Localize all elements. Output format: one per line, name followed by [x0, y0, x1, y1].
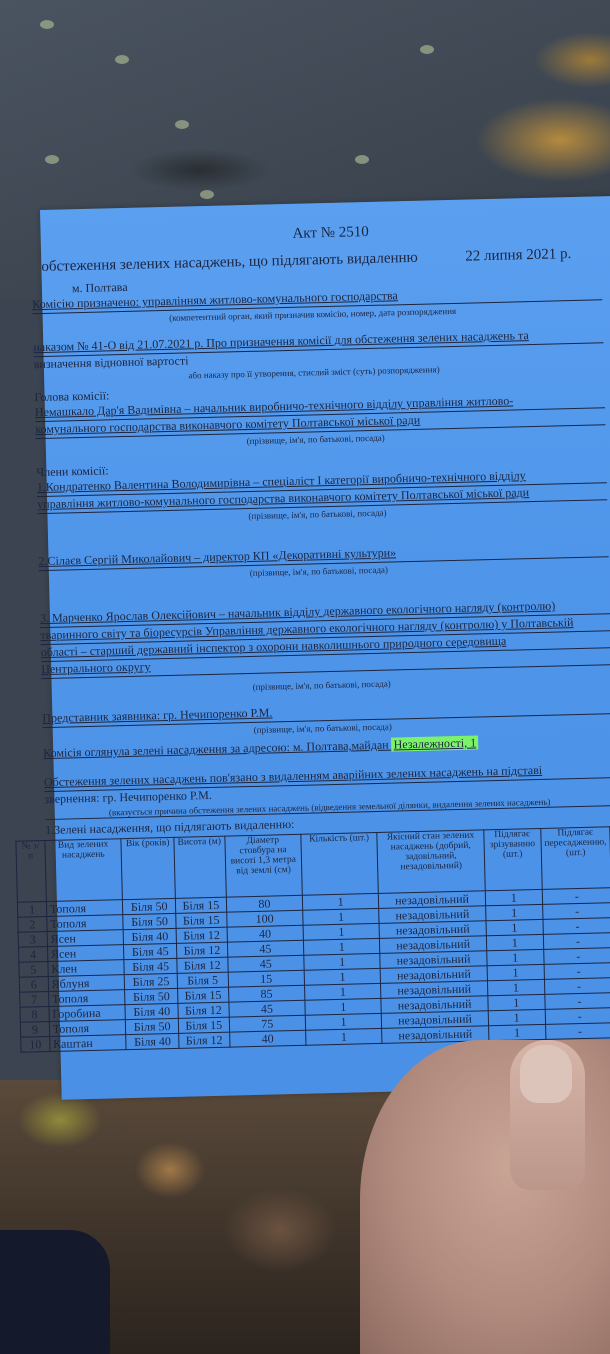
table-cell: 1 [488, 1009, 545, 1025]
table-cell: - [542, 903, 610, 920]
fallen-leaf [45, 155, 59, 164]
table-cell: 1 [486, 919, 543, 935]
table-cell: 1 [488, 1024, 545, 1040]
table-cell: Біля 45 [124, 958, 177, 974]
col-header: Діаметр стовбура на висоті 1,3 метра від… [225, 834, 303, 897]
table-cell: 1 [487, 964, 544, 980]
col-header: Вік (років) [121, 837, 175, 899]
col-header: Якісний стан зелених насаджень (добрий, … [377, 830, 485, 894]
fallen-leaf [40, 20, 54, 29]
table-cell: 1 [487, 979, 544, 995]
table-cell: - [542, 888, 610, 905]
table-cell: 6 [19, 977, 48, 993]
table-cell: 1 [485, 904, 542, 920]
table-cell: Біля 15 [178, 987, 229, 1003]
table-cell: - [544, 963, 610, 980]
col-header: Вид зелених насаджень [45, 839, 123, 902]
col-header: Висота (м) [174, 836, 226, 898]
col-header: Підлягає пересадженню, (шт.) [540, 827, 610, 890]
table-cell: Біля 50 [123, 898, 176, 914]
fallen-leaf [200, 190, 214, 199]
act-date: 22 липня 2021 р. [465, 246, 571, 266]
table-cell: 1 [486, 934, 543, 950]
table-cell: Біля 45 [124, 943, 177, 959]
table-cell: - [545, 993, 610, 1010]
table-cell: Біля 50 [126, 1018, 179, 1034]
table-cell: - [543, 933, 610, 950]
table-cell: 1 [487, 949, 544, 965]
table-cell: Біля 5 [177, 972, 228, 988]
dark-sleeve [0, 1230, 110, 1354]
table-cell: 1 [488, 994, 545, 1010]
table-cell: 1 [485, 889, 542, 905]
table-cell: 7 [20, 992, 49, 1008]
act-number: Акт № 2510 [11, 218, 610, 250]
table-cell: 10 [21, 1037, 50, 1053]
table-cell: Біля 12 [178, 1002, 229, 1018]
trees-table: № з/п Вид зелених насаджень Вік (років) … [15, 826, 610, 1052]
table-cell: Біля 15 [178, 1017, 229, 1033]
table-cell: Біля 50 [125, 988, 178, 1004]
table-cell: Біля 12 [179, 1032, 230, 1048]
table-cell: 8 [20, 1007, 49, 1023]
document-sheet: Акт № 2510 обстеження зелених насаджень,… [40, 195, 610, 1100]
address-highlight: Незалежності, 1 [391, 735, 478, 751]
act-title: обстеження зелених насаджень, що підляга… [41, 250, 418, 276]
table-cell: - [544, 978, 610, 995]
fallen-leaf [420, 45, 434, 54]
table-cell: 1 [17, 902, 46, 918]
table-cell: Біля 12 [176, 927, 227, 943]
fallen-leaf [355, 155, 369, 164]
table-cell: Біля 50 [123, 913, 176, 929]
table-body: 1ТополяБіля 50Біля 15801незадовільний1-2… [17, 888, 610, 1052]
table-cell: - [545, 1023, 610, 1040]
table-cell: Біля 40 [125, 1003, 178, 1019]
thumbnail [520, 1045, 572, 1103]
table-cell: Біля 12 [176, 942, 227, 958]
table-cell: Каштан [49, 1035, 126, 1052]
table-cell: Біля 12 [177, 957, 228, 973]
table-cell: 4 [19, 947, 48, 963]
table-cell: Біля 40 [123, 928, 176, 944]
col-header: Кількість (шт.) [301, 832, 379, 895]
col-header: Підлягає зрізуванню (шт.) [484, 828, 542, 890]
table-cell: Біля 25 [125, 973, 178, 989]
table-cell: 2 [18, 917, 47, 933]
table-cell: 1 [306, 1028, 383, 1045]
table-cell: 5 [19, 962, 48, 978]
fallen-leaf [175, 120, 189, 129]
table-cell: - [543, 918, 610, 935]
col-header: № з/п [16, 841, 46, 903]
table-cell: - [543, 948, 610, 965]
table-cell: - [545, 1008, 610, 1025]
table-cell: 40 [229, 1030, 306, 1047]
table-cell: 9 [20, 1022, 49, 1038]
table-cell: 3 [18, 932, 47, 948]
table-cell: Біля 15 [175, 897, 226, 913]
table-cell: Біля 15 [176, 912, 227, 928]
fallen-leaf [115, 55, 129, 64]
table-cell: Біля 40 [126, 1033, 179, 1049]
